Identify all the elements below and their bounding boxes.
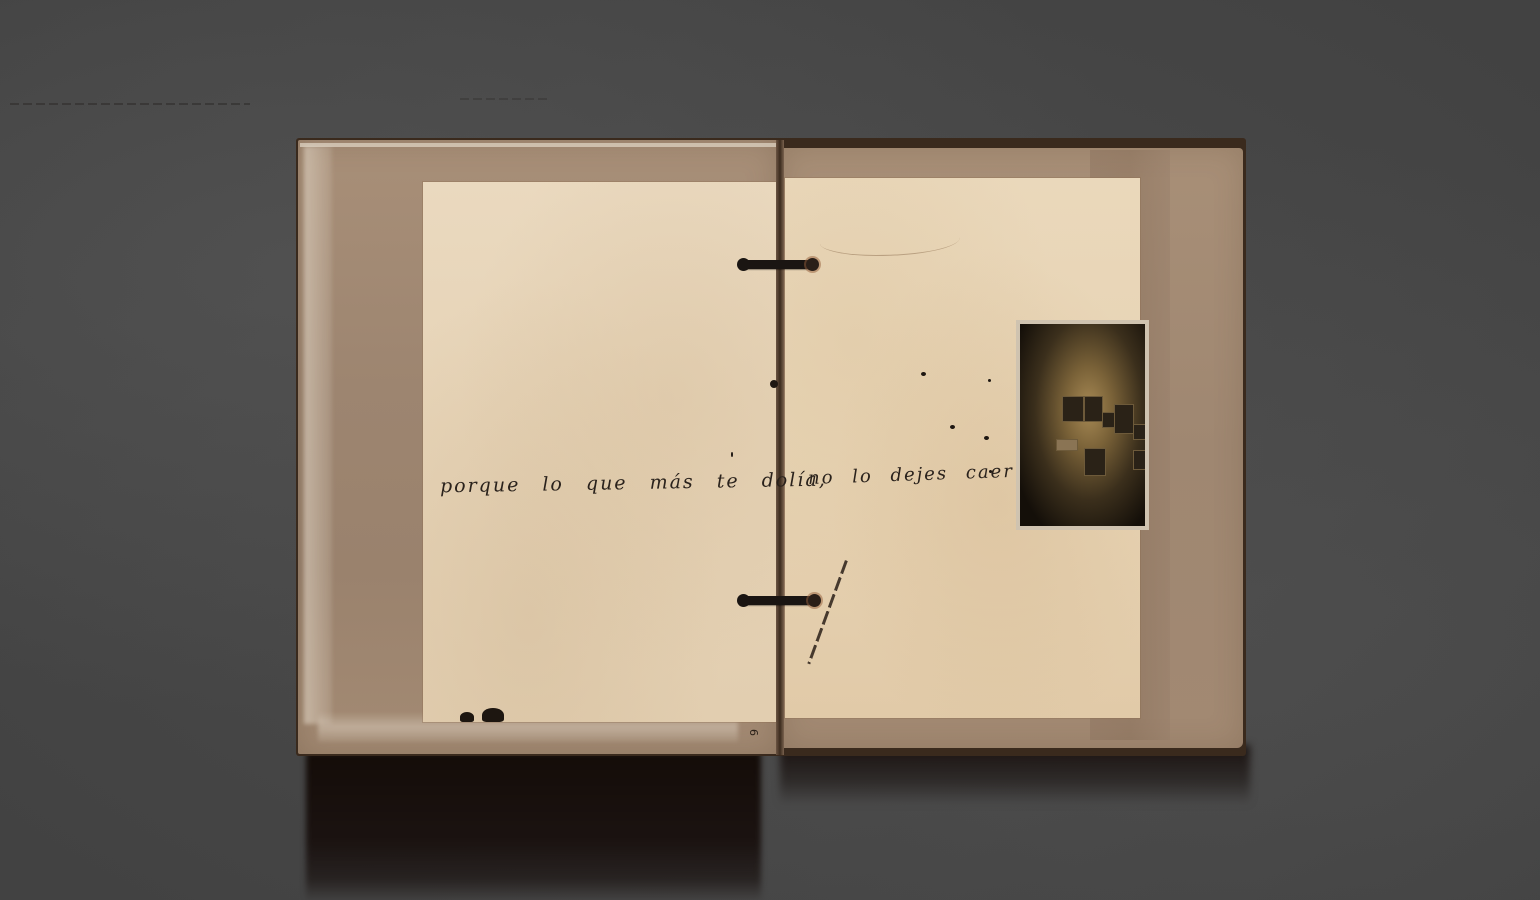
ink-speck [988,379,991,382]
binding-thread-top [740,260,816,269]
ink-speck [731,452,733,457]
photo-detail [1062,396,1084,422]
binding-thread-bottom [740,596,818,605]
photo-detail [1133,450,1145,470]
left-paper-sheet [423,182,778,722]
ink-speck [921,372,926,376]
surface-crack [10,103,250,105]
photo-detail [1133,424,1145,440]
sepia-photo [1020,324,1145,526]
photo-detail [1114,404,1134,434]
ink-stain [482,708,504,722]
tape-edge [300,143,776,147]
book-shadow [306,752,761,900]
photo-scene: porque lo que más te dolía, no lo dejes … [0,0,1540,900]
surface-crack [460,98,550,100]
photo-detail [1084,448,1106,476]
ink-stain [460,712,474,722]
ink-speck [770,380,778,388]
photo-detail [1084,396,1103,422]
ink-speck [950,425,955,429]
photo-detail [1056,439,1078,451]
ink-speck [984,436,989,440]
page-number: 9 [748,729,761,736]
pasted-photograph [1016,320,1149,530]
book-spine [776,140,784,755]
